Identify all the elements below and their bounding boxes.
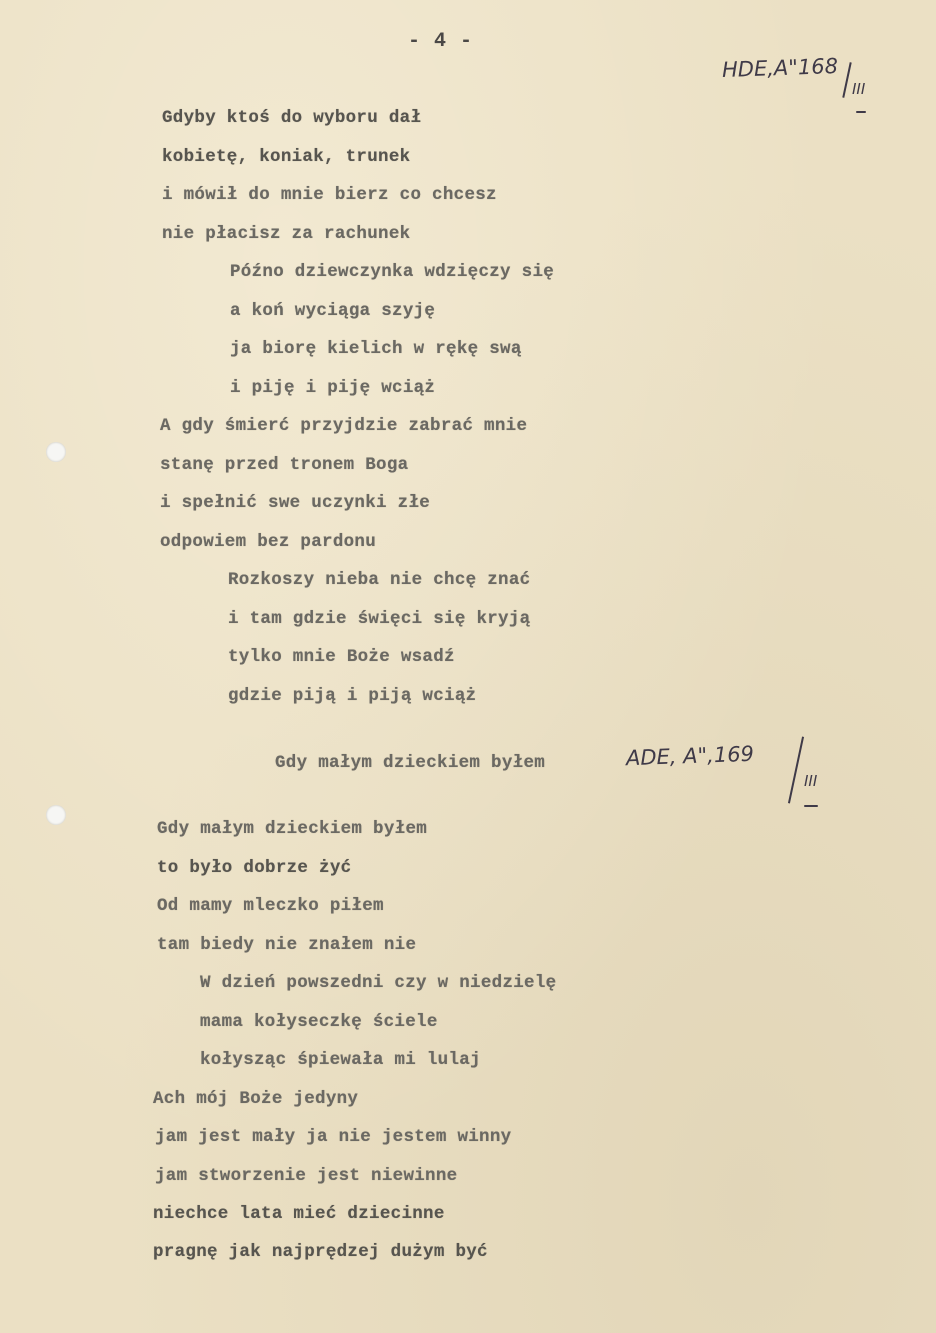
- poem2-line: W dzień powszedni czy w niedzielę: [200, 973, 556, 993]
- poem2-line: jam jest mały ja nie jestem winny: [155, 1127, 511, 1147]
- poem1-line: A gdy śmierć przyjdzie zabrać mnie: [160, 416, 527, 436]
- archive-underline: [804, 805, 818, 807]
- poem1-line: Gdyby ktoś do wyboru dał: [162, 108, 421, 128]
- poem2-line: Gdy małym dzieckiem byłem: [157, 819, 427, 839]
- poem1-line: Późno dziewczynka wdzięczy się: [230, 262, 554, 282]
- page-number: - 4 -: [408, 30, 473, 53]
- poem1-line: i tam gdzie święci się kryją: [228, 609, 530, 629]
- poem2-line: pragnę jak najprędzej dużym być: [153, 1242, 488, 1262]
- poem1-line: kobietę, koniak, trunek: [162, 147, 410, 167]
- archive-mark: HDE,A"168: [722, 54, 839, 82]
- poem2-line: Ach mój Boże jedyny: [153, 1089, 358, 1109]
- archive-mark-slash: [788, 737, 804, 804]
- poem2-line: kołysząc śpiewała mi lulaj: [200, 1050, 481, 1070]
- poem1-line: i spełnić swe uczynki złe: [160, 493, 430, 513]
- poem1-line: ja biorę kielich w rękę swą: [230, 339, 522, 359]
- poem2-line: niechce lata mieć dziecinne: [153, 1204, 445, 1224]
- punch-hole: [46, 805, 66, 825]
- poem2-line: tam biedy nie znałem nie: [157, 935, 416, 955]
- archive-mark: ADE, A",169: [626, 742, 755, 770]
- typewritten-page: - 4 - HDE,A"168 III Gdyby ktoś do wyboru…: [0, 0, 936, 1333]
- song-title: Gdy małym dzieckiem byłem: [275, 753, 545, 773]
- poem1-line: i mówił do mnie bierz co chcesz: [162, 185, 497, 205]
- poem2-line: Od mamy mleczko piłem: [157, 896, 384, 916]
- poem1-line: gdzie piją i piją wciąż: [228, 686, 476, 706]
- poem1-line: nie płacisz za rachunek: [162, 224, 410, 244]
- archive-underline: [856, 111, 866, 113]
- poem1-line: Rozkoszy nieba nie chcę znać: [228, 570, 530, 590]
- archive-mark-slash: [842, 62, 851, 98]
- archive-volume: III: [804, 772, 817, 790]
- archive-volume: III: [852, 80, 865, 98]
- poem1-line: a koń wyciąga szyję: [230, 301, 435, 321]
- poem1-line: odpowiem bez pardonu: [160, 532, 376, 552]
- poem2-line: jam stworzenie jest niewinne: [155, 1166, 457, 1186]
- poem1-line: stanę przed tronem Boga: [160, 455, 408, 475]
- punch-hole: [46, 442, 66, 462]
- poem2-line: to było dobrze żyć: [157, 858, 351, 878]
- poem1-line: tylko mnie Boże wsadź: [228, 647, 455, 667]
- poem2-line: mama kołyseczkę ściele: [200, 1012, 438, 1032]
- poem1-line: i piję i piję wciąż: [230, 378, 435, 398]
